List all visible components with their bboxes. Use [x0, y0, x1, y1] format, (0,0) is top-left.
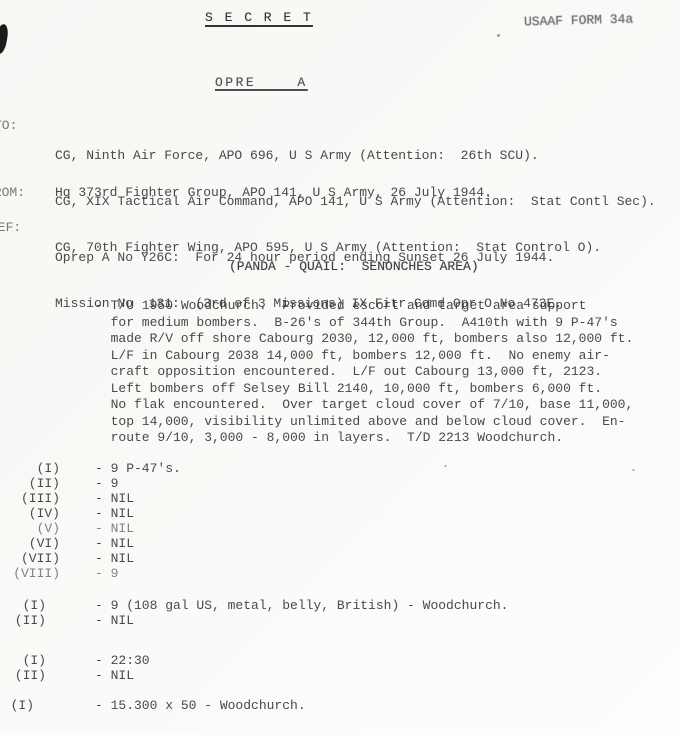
stat-row: (I) - 15.300 x 50 - Woodchurch.: [0, 698, 680, 713]
narrative-line: for medium bombers. B-26's of 344th Grou…: [111, 315, 670, 332]
stat-value: - 9 (108 gal US, metal, belly, British) …: [95, 598, 508, 613]
stat-label: (VI): [0, 536, 60, 551]
stat-value: - NIL: [95, 536, 134, 551]
stat-label: (IV): [0, 506, 60, 521]
stat-row: (I) - 22:30: [0, 653, 680, 668]
narrative-line: No flak encountered. Over target cloud c…: [111, 397, 670, 414]
stat-label: (I): [0, 598, 46, 613]
scan-speck: [497, 34, 500, 37]
stat-row: (VIII) - 9: [0, 566, 680, 581]
stat-value: - 9: [95, 476, 118, 491]
stat-value: - NIL: [95, 551, 134, 566]
document-page: S E C R E T USAAF FORM 34a OPRE A TO: CG…: [0, 0, 680, 735]
stat-label: (III): [0, 491, 60, 506]
narrative-line: made R/V off shore Cabourg 2030, 12,000 …: [111, 331, 670, 348]
stat-value: - NIL: [95, 613, 134, 628]
narrative-line: top 14,000, visibility unlimited above a…: [111, 414, 670, 431]
narrative-line: route 9/10, 3,000 - 8,000 in layers. T/D…: [111, 430, 670, 447]
stat-row: (I) - 9 (108 gal US, metal, belly, Briti…: [0, 598, 680, 613]
stats-section-ammo: (I) - 15.300 x 50 - Woodchurch.: [0, 698, 680, 713]
stats-section-time: (I) - 22:30 (II) - NIL: [0, 653, 680, 683]
mission-narrative: - T/U 1950 Woodchurch. Provided escort a…: [95, 298, 670, 447]
stat-value: - 9: [95, 566, 118, 581]
stat-value: - NIL: [95, 491, 134, 506]
stat-row: (III) - NIL: [0, 491, 680, 506]
stat-label: (II): [0, 668, 46, 683]
to-address-line: CG, Ninth Air Force, APO 696, U S Army (…: [55, 148, 656, 164]
stats-section-aircraft: (I) - 9 P-47's. (II) - 9 (III) - NIL (IV…: [0, 461, 680, 581]
from-label: FROM:: [0, 185, 25, 200]
classification-banner: S E C R E T: [205, 10, 313, 25]
stat-value: - 15.300 x 50 - Woodchurch.: [95, 698, 306, 713]
stat-row: (VII) - NIL: [0, 551, 680, 566]
narrative-line: craft opposition encountered. L/F out Ca…: [111, 364, 670, 381]
stat-row: (V) - NIL: [0, 521, 680, 536]
document-title: OPRE A: [215, 75, 308, 90]
stat-value: - NIL: [95, 668, 134, 683]
stats-section-tanks: (I) - 9 (108 gal US, metal, belly, Briti…: [0, 598, 680, 628]
stat-label: (II): [0, 613, 46, 628]
stat-row: (VI) - NIL: [0, 536, 680, 551]
from-line: Hq 373rd Fighter Group, APO 141, U S Arm…: [55, 185, 492, 200]
stat-label: (V): [0, 521, 60, 536]
stat-label: (II): [0, 476, 60, 491]
stat-row: (IV) - NIL: [0, 506, 680, 521]
mission-codename: (PANDA - QUAIL: SENONCHES AREA): [229, 259, 479, 274]
stat-label: (I): [0, 653, 46, 668]
narrative-line: - T/U 1950 Woodchurch. Provided escort a…: [95, 298, 670, 315]
stat-label: (I): [0, 698, 34, 713]
stat-label: (VII): [0, 551, 60, 566]
stat-row: (II) - NIL: [0, 668, 680, 683]
form-number: USAAF FORM 34a: [524, 12, 634, 30]
narrative-line: L/F in Cabourg 2038 14,000 ft, bombers 1…: [111, 348, 670, 365]
to-label: TO:: [0, 118, 17, 133]
stat-row: (II) - 9: [0, 476, 680, 491]
narrative-line: Left bombers off Selsey Bill 2140, 10,00…: [111, 381, 670, 398]
stat-row: (I) - 9 P-47's.: [0, 461, 680, 476]
ref-label: REF:: [0, 220, 21, 235]
stat-row: (II) - NIL: [0, 613, 680, 628]
stat-label: (I): [0, 461, 60, 476]
stat-value: - 22:30: [95, 653, 150, 668]
ink-smudge: [0, 23, 10, 54]
stat-label: (VIII): [0, 566, 60, 581]
stat-value: - 9 P-47's.: [95, 461, 181, 476]
stat-value: - NIL: [95, 506, 134, 521]
stat-value: - NIL: [95, 521, 134, 536]
